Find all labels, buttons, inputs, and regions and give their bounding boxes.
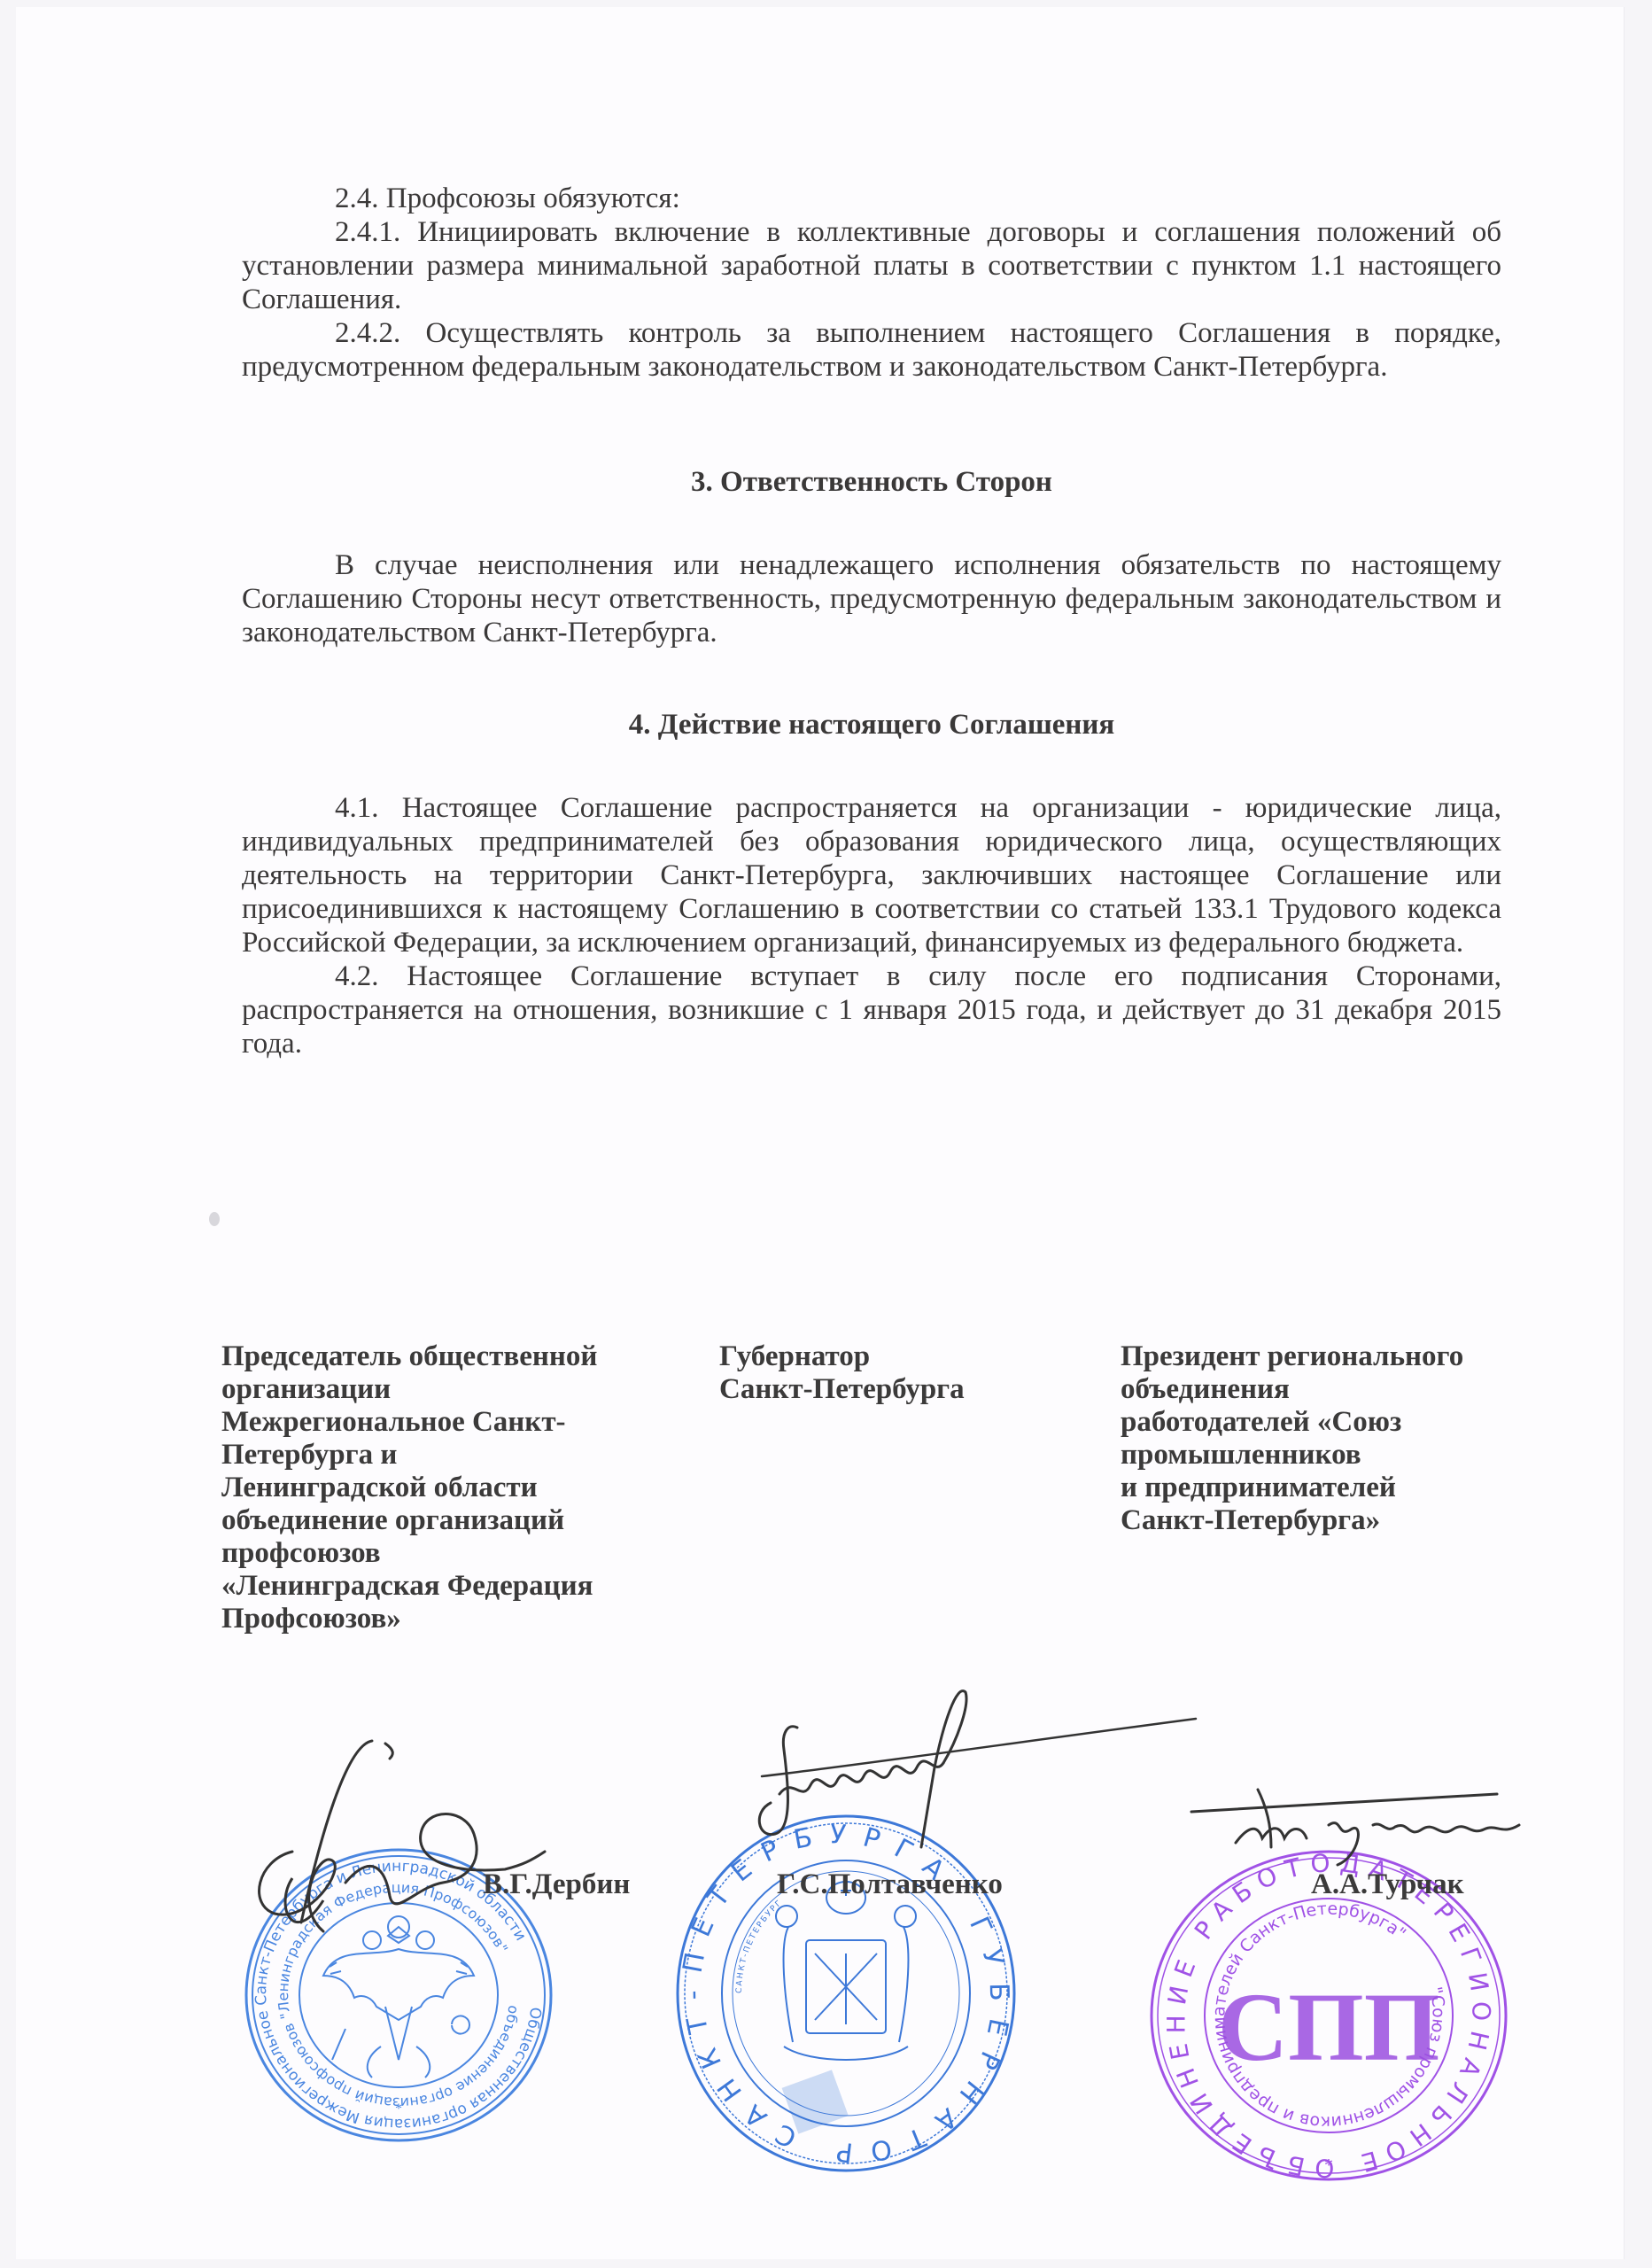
clause-4-2: 4.2. Настоящее Соглашение вступает в сил… bbox=[242, 959, 1501, 1060]
signature-poltavchenko-icon bbox=[735, 1688, 1214, 1865]
title-line: объединения bbox=[1121, 1373, 1537, 1406]
title-line: Президент регионального bbox=[1121, 1340, 1537, 1373]
title-line: профсоюзов bbox=[221, 1537, 682, 1570]
title-line: промышленников bbox=[1121, 1439, 1537, 1472]
signature-turchak-icon bbox=[1187, 1772, 1541, 1869]
title-line: Ленинградской области bbox=[221, 1472, 682, 1504]
title-line: Профсоюзов» bbox=[221, 1603, 682, 1635]
title-line: работодателей «Союз bbox=[1121, 1406, 1537, 1439]
section-3-heading: 3. Ответственность Сторон bbox=[242, 465, 1501, 499]
signatory-2-name: Г.С.Полтавченко bbox=[777, 1868, 1003, 1901]
svg-text:*: * bbox=[395, 2101, 402, 2117]
section-3-body: В случае неисполнения или ненадлежащего … bbox=[242, 548, 1501, 649]
scan-speck bbox=[209, 1212, 220, 1226]
signatory-3-title: Президент регионального объединения рабо… bbox=[1121, 1340, 1537, 1537]
title-line: организации bbox=[221, 1373, 682, 1406]
section-4-body: 4.1. Настоящее Соглашение распространяет… bbox=[242, 791, 1501, 1060]
section-3-text: В случае неисполнения или ненадлежащего … bbox=[242, 548, 1501, 649]
spp-logo-icon: СПП bbox=[1218, 1973, 1440, 2081]
section-4-heading: 4. Действие настоящего Соглашения bbox=[242, 708, 1501, 742]
coat-of-arms-icon bbox=[776, 1882, 916, 2060]
title-line: Петербурга и bbox=[221, 1439, 682, 1472]
svg-text:*: * bbox=[1324, 2155, 1333, 2175]
title-line: Губернатор bbox=[719, 1340, 1038, 1373]
title-line: Санкт-Петербурга bbox=[719, 1373, 1038, 1406]
title-line: «Ленинградская Федерация bbox=[221, 1570, 682, 1603]
title-line: Санкт-Петербурга» bbox=[1121, 1504, 1537, 1537]
signatory-3-name: А.А.Турчак bbox=[1311, 1868, 1464, 1901]
clause-2-4-1: 2.4.1. Инициировать включение в коллекти… bbox=[242, 215, 1501, 316]
signatory-1-title: Председатель общественной организации Ме… bbox=[221, 1340, 682, 1635]
title-line: объединение организаций bbox=[221, 1504, 682, 1537]
section-2-4: 2.4. Профсоюзы обязуются: 2.4.1. Инициир… bbox=[242, 182, 1501, 384]
governor-stamp: ГУБЕРНАТОР САНКТ-ПЕТЕРБУРГА САНКТ-ПЕТЕРБ… bbox=[673, 1812, 1019, 2175]
signature-derbin-icon bbox=[239, 1728, 576, 1940]
title-line: Председатель общественной bbox=[221, 1340, 682, 1373]
title-line: Межрегиональное Санкт- bbox=[221, 1406, 682, 1439]
eagle-emblem-icon bbox=[323, 1916, 474, 2078]
section-2-4-title: 2.4. Профсоюзы обязуются: bbox=[242, 182, 1501, 215]
clause-4-1: 4.1. Настоящее Соглашение распространяет… bbox=[242, 791, 1501, 959]
signatory-2-title: Губернатор Санкт-Петербурга bbox=[719, 1340, 1038, 1406]
clause-2-4-2: 2.4.2. Осуществлять контроль за выполнен… bbox=[242, 316, 1501, 384]
title-line: и предпринимателей bbox=[1121, 1472, 1537, 1504]
